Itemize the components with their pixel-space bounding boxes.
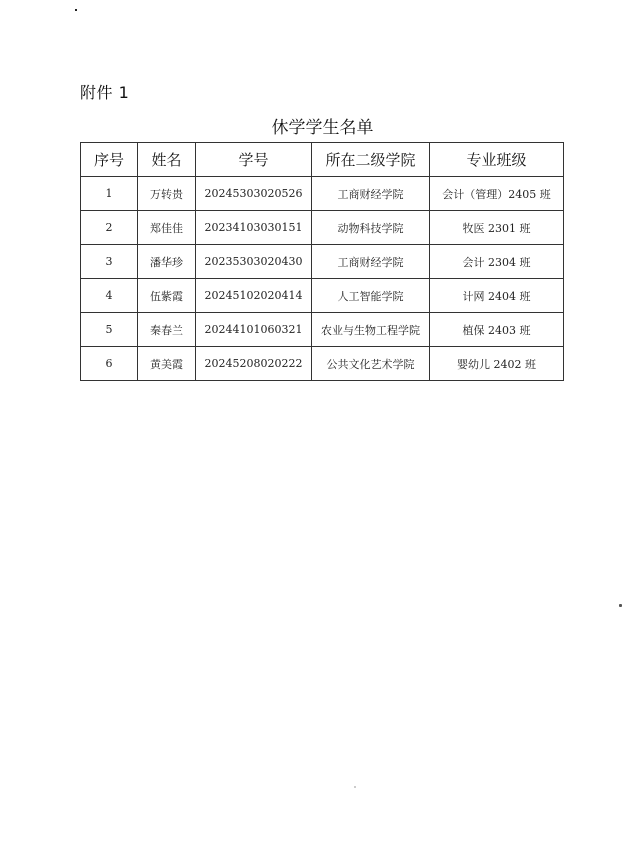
table-row: 1 万转贵 20245303020526 工商财经学院 会计（管理）2405 班 [81,177,564,211]
cell-college: 农业与生物工程学院 [312,313,430,347]
scan-speck [619,604,622,607]
cell-class: 婴幼儿 2402 班 [430,347,564,381]
header-student-id: 学号 [196,143,312,177]
cell-name: 黄美霞 [138,347,196,381]
header-name: 姓名 [138,143,196,177]
cell-name: 潘华珍 [138,245,196,279]
cell-class: 计网 2404 班 [430,279,564,313]
cell-class: 会计（管理）2405 班 [430,177,564,211]
table-row: 6 黄美霞 20245208020222 公共文化艺术学院 婴幼儿 2402 班 [81,347,564,381]
suspended-students-table: 序号 姓名 学号 所在二级学院 专业班级 1 万转贵 2024530302052… [80,142,564,381]
cell-name: 万转贵 [138,177,196,211]
table-row: 2 郑佳佳 20234103030151 动物科技学院 牧医 2301 班 [81,211,564,245]
cell-student-id: 20245303020526 [196,177,312,211]
header-seq: 序号 [81,143,138,177]
attachment-label: 附件 1 [80,80,129,103]
header-class: 专业班级 [430,143,564,177]
cell-college: 动物科技学院 [312,211,430,245]
cell-name: 秦春兰 [138,313,196,347]
scan-speck [75,9,77,11]
cell-class: 会计 2304 班 [430,245,564,279]
cell-seq: 4 [81,279,138,313]
scan-speck [354,786,356,788]
cell-name: 郑佳佳 [138,211,196,245]
cell-student-id: 20245102020414 [196,279,312,313]
header-college: 所在二级学院 [312,143,430,177]
cell-college: 工商财经学院 [312,245,430,279]
cell-college: 工商财经学院 [312,177,430,211]
table-row: 5 秦春兰 20244101060321 农业与生物工程学院 植保 2403 班 [81,313,564,347]
cell-student-id: 20235303020430 [196,245,312,279]
table-row: 3 潘华珍 20235303020430 工商财经学院 会计 2304 班 [81,245,564,279]
cell-student-id: 20244101060321 [196,313,312,347]
cell-seq: 5 [81,313,138,347]
cell-seq: 3 [81,245,138,279]
cell-class: 植保 2403 班 [430,313,564,347]
table-row: 4 伍紫霞 20245102020414 人工智能学院 计网 2404 班 [81,279,564,313]
cell-name: 伍紫霞 [138,279,196,313]
cell-seq: 2 [81,211,138,245]
document-title: 休学学生名单 [0,113,623,138]
cell-student-id: 20245208020222 [196,347,312,381]
cell-seq: 1 [81,177,138,211]
cell-class: 牧医 2301 班 [430,211,564,245]
cell-college: 公共文化艺术学院 [312,347,430,381]
cell-college: 人工智能学院 [312,279,430,313]
table-header-row: 序号 姓名 学号 所在二级学院 专业班级 [81,143,564,177]
cell-seq: 6 [81,347,138,381]
cell-student-id: 20234103030151 [196,211,312,245]
